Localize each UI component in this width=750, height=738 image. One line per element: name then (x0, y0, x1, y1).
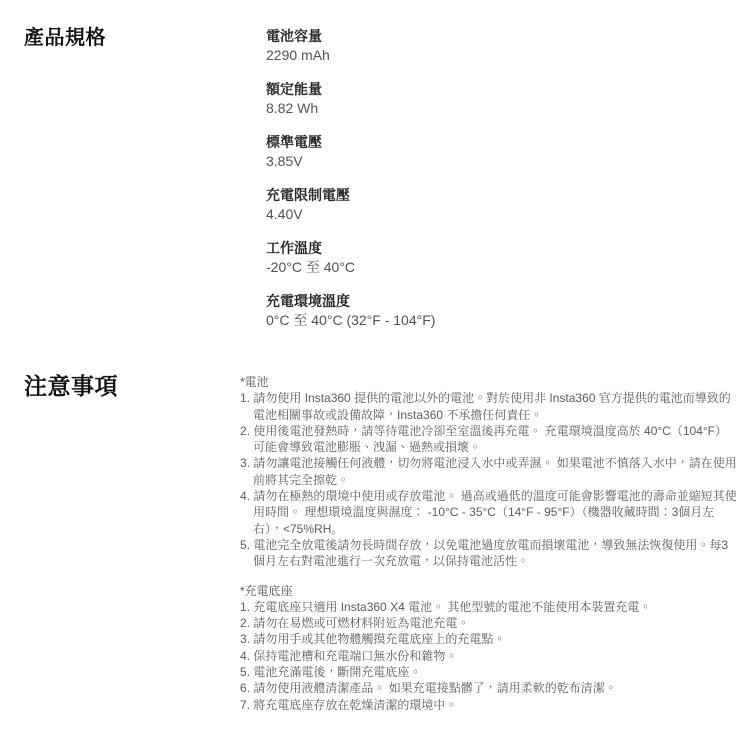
note-item: 保持電池槽和充電端口無水份和雜物。 (240, 648, 737, 664)
spec-item: 充電環境溫度 0°C 至 40°C (32°F - 104°F) (266, 292, 750, 330)
note-items: 充電底座只適用 Insta360 X4 電池。 其他型號的電池不能使用本裝置充電… (240, 599, 737, 713)
product-info-page: 產品規格 電池容量 2290 mAh 額定能量 8.82 Wh 標準電壓 3.8… (0, 0, 750, 738)
note-group: *電池 請勿使用 Insta360 提供的電池以外的電池。對於使用非 Insta… (240, 374, 737, 570)
notes-list: *電池 請勿使用 Insta360 提供的電池以外的電池。對於使用非 Insta… (240, 371, 737, 713)
spec-value: -20°C 至 40°C (266, 258, 750, 277)
note-item: 充電底座只適用 Insta360 X4 電池。 其他型號的電池不能使用本裝置充電… (240, 599, 737, 615)
note-item: 電池充滿電後，斷開充電底座。 (240, 664, 737, 680)
spec-item: 充電限制電壓 4.40V (266, 186, 750, 224)
note-group-title: *電池 (240, 374, 737, 390)
spec-value: 2290 mAh (266, 46, 750, 65)
spec-value: 8.82 Wh (266, 99, 750, 118)
page: { "specs_section": { "heading": "產品規格", … (0, 0, 750, 738)
spec-label: 充電限制電壓 (266, 186, 750, 205)
spec-label: 工作溫度 (266, 239, 750, 258)
spec-value: 3.85V (266, 152, 750, 171)
note-item: 請勿讓電池接觸任何液體，切勿將電池浸入水中或弄濕。 如果電池不慎落入水中，請在使… (240, 455, 737, 488)
section-heading-product-specs: 產品規格 (24, 24, 266, 52)
note-group: *充電底座 充電底座只適用 Insta360 X4 電池。 其他型號的電池不能使… (240, 583, 737, 713)
note-item: 請勿使用液體清潔產品。 如果充電接點髒了，請用柔軟的乾布清潔。 (240, 680, 737, 696)
note-items: 請勿使用 Insta360 提供的電池以外的電池。對於使用非 Insta360 … (240, 390, 737, 569)
spec-value: 4.40V (266, 205, 750, 224)
specs-heading-column: 產品規格 (0, 0, 266, 52)
note-item: 請勿在極熱的環境中使用或存放電池。 過高或過低的溫度可能會影響電池的壽命並縮短其… (240, 488, 737, 537)
spec-label: 電池容量 (266, 27, 750, 46)
note-item: 請勿使用 Insta360 提供的電池以外的電池。對於使用非 Insta360 … (240, 390, 737, 423)
note-item: 將充電底座存放在乾燥清潔的環境中。 (240, 697, 737, 713)
specs-list: 電池容量 2290 mAh 額定能量 8.82 Wh 標準電壓 3.85V 充電… (266, 0, 750, 345)
spec-item: 電池容量 2290 mAh (266, 27, 750, 65)
spec-label: 充電環境溫度 (266, 292, 750, 311)
note-item: 使用後電池發熱時，請等待電池冷卻至室溫後再充電。 充電環境溫度高於 40°C（1… (240, 423, 737, 456)
spec-item: 額定能量 8.82 Wh (266, 80, 750, 118)
notes-heading-column: 注意事項 (0, 371, 240, 401)
spec-value: 0°C 至 40°C (32°F - 104°F) (266, 311, 750, 330)
spec-label: 標準電壓 (266, 133, 750, 152)
note-item: 請勿用手或其他物體觸摸充電底座上的充電點。 (240, 631, 737, 647)
note-group-title: *充電底座 (240, 583, 737, 599)
notes-section: 注意事項 *電池 請勿使用 Insta360 提供的電池以外的電池。對於使用非 … (0, 371, 750, 713)
note-item: 請勿在易燃或可燃材料附近為電池充電。 (240, 615, 737, 631)
product-specs-section: 產品規格 電池容量 2290 mAh 額定能量 8.82 Wh 標準電壓 3.8… (0, 0, 750, 371)
note-item: 電池完全放電後請勿長時間存放，以免電池過度放電而損壞電池，導致無法恢復使用。每3… (240, 537, 737, 570)
section-heading-notes: 注意事項 (24, 371, 240, 401)
spec-item: 工作溫度 -20°C 至 40°C (266, 239, 750, 277)
spec-item: 標準電壓 3.85V (266, 133, 750, 171)
spec-label: 額定能量 (266, 80, 750, 99)
